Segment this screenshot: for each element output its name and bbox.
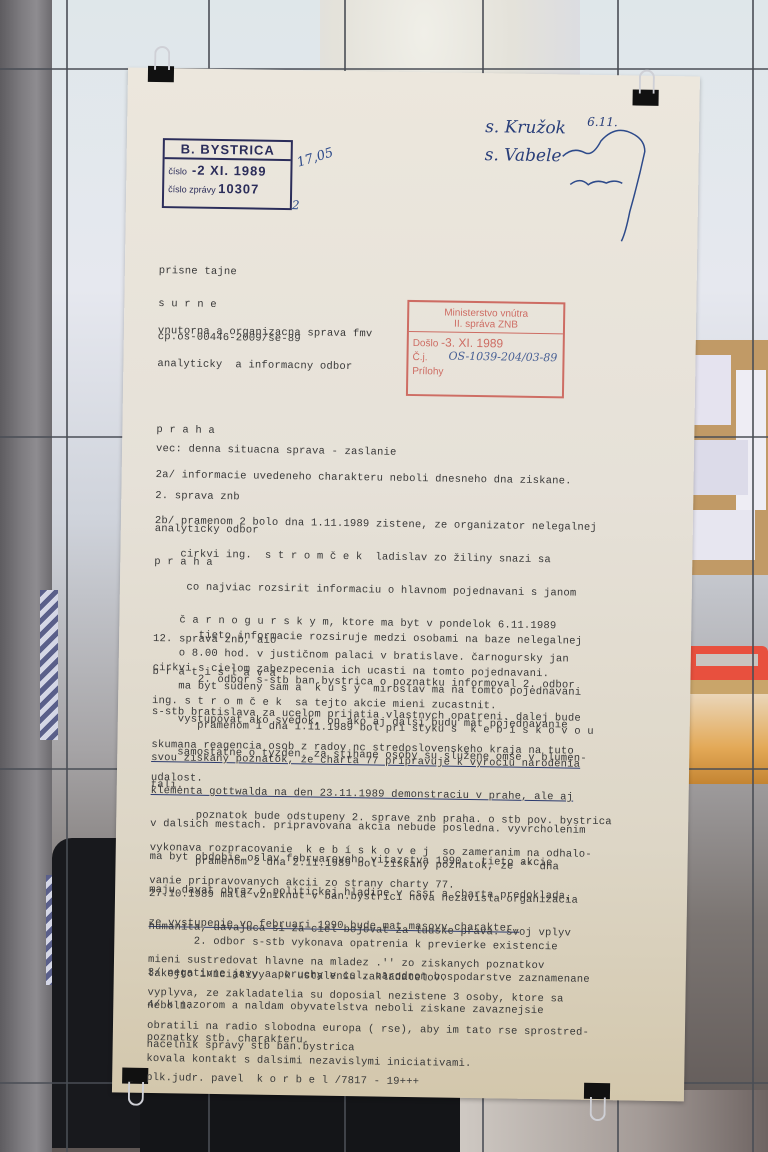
chevron-banner <box>40 590 58 740</box>
left-curtain <box>0 0 52 1152</box>
text-line: pramenom 2 dna 2.11.1989 bol ziskany poz… <box>149 856 591 874</box>
text-line: poznatok bude odstupeny 2. sprave znb pr… <box>150 810 612 828</box>
recipient-line: analyticky a informacny odbor <box>157 359 372 373</box>
recipient-line: vnutorna a organizacna sprava fmv <box>158 326 373 340</box>
signatory-title: nacelnik spravy stb ban.bystrica <box>147 1040 420 1055</box>
ministry-ref-label: Č.j. <box>412 352 427 363</box>
text-line: cirkvi ing. s t r o m č e k ladislav zo … <box>154 549 596 567</box>
ministry-date-label: Došlo <box>413 338 439 349</box>
text-line-underlined: svou ziskany poznatok, ze charta 77 prip… <box>151 753 593 771</box>
handwritten-note-2: s. Vabele <box>485 145 562 166</box>
stamp-date-label: číslo <box>168 166 187 176</box>
stamp-date: -2 XI. 1989 <box>192 163 267 179</box>
signature-scribble <box>555 114 657 246</box>
binder-clip-top-left <box>148 66 174 82</box>
handwritten-time: 17,05 <box>295 145 335 170</box>
binder-clip-bottom-left <box>122 1068 148 1084</box>
classification: prisne tajne <box>159 266 302 279</box>
handwritten-note-1: s. Kružok <box>485 117 566 138</box>
text-line: 2. odbor s-stb ban.bystrica o poznatku i… <box>152 674 581 692</box>
handwritten-mark: 2 <box>292 198 300 212</box>
ministry-ref-number: OS-1039-204/03-89 <box>448 350 557 365</box>
text-line: 4/ k nazorom a naldam obyvatelstva nebol… <box>147 1000 544 1017</box>
typewritten-document: B. BYSTRICA číslo -2 XI. 1989 číslo zprá… <box>112 68 700 1102</box>
text-line: 2b/ pramenom 2 bolo dna 1.11.1989 zisten… <box>155 516 597 534</box>
stamp-title: B. BYSTRICA <box>165 140 291 161</box>
ministry-attachments-label: Prílohy <box>412 366 443 377</box>
signature-block: nacelnik spravy stb ban.bystrica plk.jud… <box>146 1018 420 1110</box>
text-line: pramenom 1 dna 1.11.1989 bol pri styku s… <box>152 720 594 738</box>
text-line: 27.10.1989 mala vzniknut v ban.bystrici … <box>149 889 591 907</box>
ministry-receipt-stamp: Ministerstvo vnútra II. správa ZNB Došlo… <box>406 300 565 398</box>
stamp-number: 10307 <box>218 181 259 197</box>
ministry-date: -3. XI. 1989 <box>441 335 503 350</box>
stamp-number-label: číslo zprávy <box>168 184 216 195</box>
recipient-line: p r a h a <box>156 425 371 439</box>
signatory-name: plk.judr. pavel k o r b e l /7817 - 19++… <box>146 1073 419 1088</box>
text-line: co najviac rozsirit informaciu o hlavnom… <box>154 582 596 600</box>
chair <box>680 694 768 784</box>
binder-clip-top-right <box>633 89 659 105</box>
text-line: tieto informacie rozsiruje medzi osobami… <box>153 630 582 648</box>
bystrica-receipt-stamp: B. BYSTRICA číslo -2 XI. 1989 číslo zprá… <box>162 138 293 210</box>
